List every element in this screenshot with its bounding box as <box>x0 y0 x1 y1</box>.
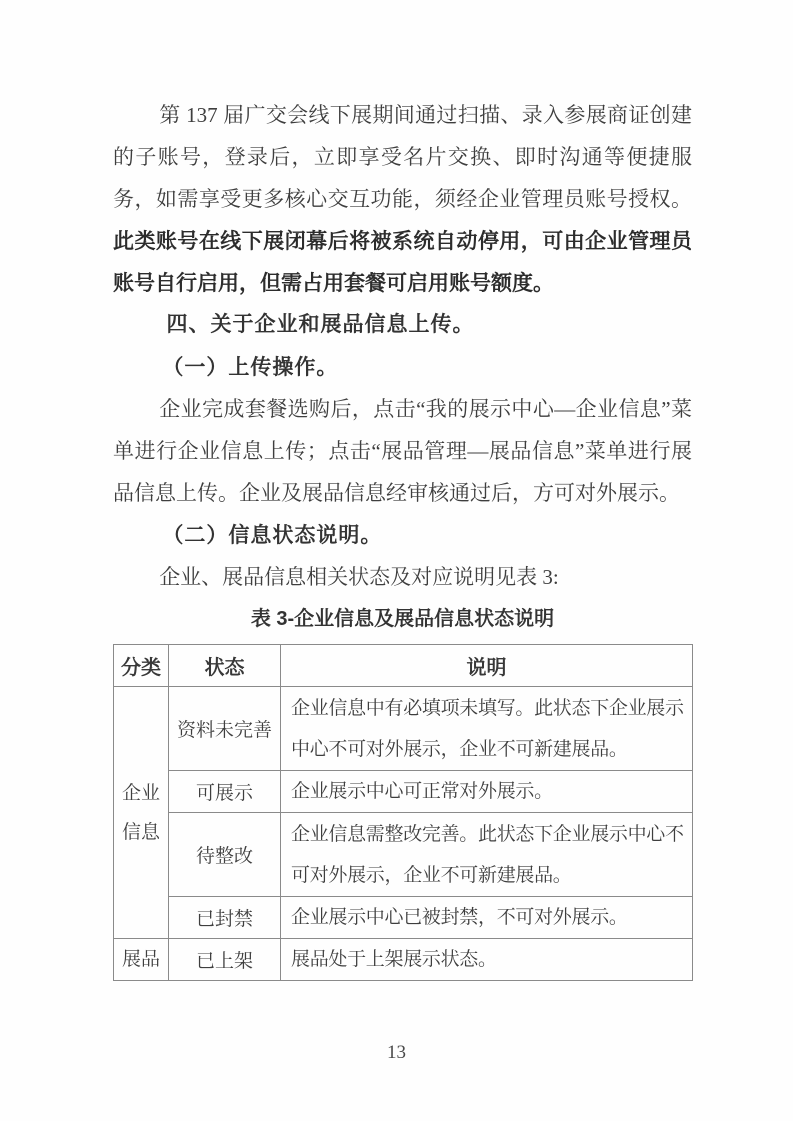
category-enterprise-info: 企业信息 <box>114 687 169 939</box>
status-pending-rectification: 待整改 <box>169 813 281 897</box>
status-displayable: 可展示 <box>169 771 281 813</box>
description-pending-rectification: 企业信息需整改完善。此状态下企业展示中心不可对外展示，企业不可新建展品。 <box>281 813 693 897</box>
heading-status-description: （二）信息状态说明。 <box>113 514 692 556</box>
table-header-row: 分类 状态 说明 <box>114 645 693 687</box>
paragraph-subaccount-normal-text: 第 137 届广交会线下展期间通过扫描、录入参展商证创建的子账号，登录后，立即享… <box>113 103 692 211</box>
table-row: 展品 已上架 展品处于上架展示状态。 <box>114 939 693 981</box>
description-incomplete: 企业信息中有必填项未填写。此状态下企业展示中心不可对外展示，企业不可新建展品。 <box>281 687 693 771</box>
description-banned: 企业展示中心已被封禁，不可对外展示。 <box>281 897 693 939</box>
category-exhibit: 展品 <box>114 939 169 981</box>
document-content: 第 137 届广交会线下展期间通过扫描、录入参展商证创建的子账号，登录后，立即享… <box>113 94 692 981</box>
status-table: 分类 状态 说明 企业信息 资料未完善 企业信息中有必填项未填写。此状态下企业展… <box>113 644 693 981</box>
description-displayable: 企业展示中心可正常对外展示。 <box>281 771 693 813</box>
table-row: 企业信息 资料未完善 企业信息中有必填项未填写。此状态下企业展示中心不可对外展示… <box>114 687 693 771</box>
heading-section-four: 四、关于企业和展品信息上传。 <box>113 304 692 346</box>
table-row: 待整改 企业信息需整改完善。此状态下企业展示中心不可对外展示，企业不可新建展品。 <box>114 813 693 897</box>
paragraph-see-table3: 企业、展品信息相关状态及对应说明见表 3: <box>113 556 692 598</box>
header-category: 分类 <box>114 645 169 687</box>
paragraph-subaccount-bold-text: 此类账号在线下展闭幕后将被系统自动停用，可由企业管理员账号自行启用，但需占用套餐… <box>113 229 692 295</box>
status-on-shelf: 已上架 <box>169 939 281 981</box>
heading-upload-operation: （一）上传操作。 <box>113 346 692 388</box>
header-description: 说明 <box>281 645 693 687</box>
scanned-document-page: { "document": { "paragraph1": { "normal"… <box>0 0 793 1121</box>
table-row: 可展示 企业展示中心可正常对外展示。 <box>114 771 693 813</box>
table-row: 已封禁 企业展示中心已被封禁，不可对外展示。 <box>114 897 693 939</box>
table3-title: 表 3-企业信息及展品信息状态说明 <box>113 598 692 640</box>
header-status: 状态 <box>169 645 281 687</box>
status-incomplete: 资料未完善 <box>169 687 281 771</box>
page-number: 13 <box>0 1042 793 1064</box>
paragraph-upload-steps: 企业完成套餐选购后，点击“我的展示中心—企业信息”菜单进行企业信息上传；点击“展… <box>113 388 692 514</box>
paragraph-subaccount-info: 第 137 届广交会线下展期间通过扫描、录入参展商证创建的子账号，登录后，立即享… <box>113 94 692 304</box>
description-on-shelf: 展品处于上架展示状态。 <box>281 939 693 981</box>
status-banned: 已封禁 <box>169 897 281 939</box>
